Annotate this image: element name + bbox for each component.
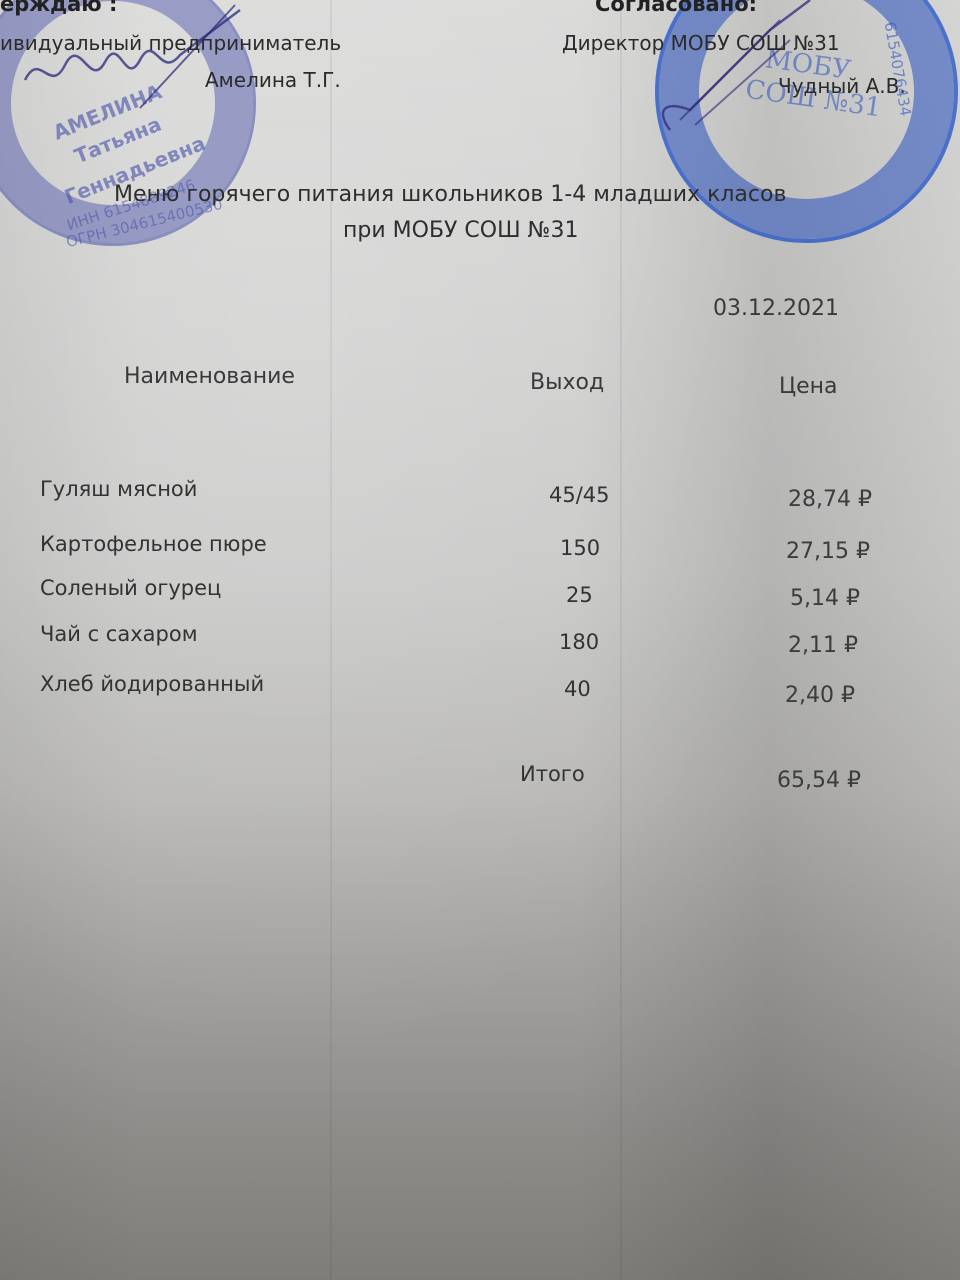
approver-position: ивидуальный предприниматель <box>0 31 341 55</box>
item-name: Хлеб йодированный <box>40 672 264 696</box>
item-price: 2,11 ₽ <box>788 633 858 658</box>
item-price: 5,14 ₽ <box>790 586 860 611</box>
document-subtitle: при МОБУ СОШ №31 <box>343 218 579 243</box>
agreed-position: Директор МОБУ СОШ №31 <box>562 31 840 55</box>
approver-name: Амелина Т.Г. <box>205 68 341 92</box>
signature-left <box>20 0 250 110</box>
item-output: 45/45 <box>549 483 610 507</box>
item-output: 180 <box>559 630 599 654</box>
total-value: 65,54 ₽ <box>777 768 861 793</box>
column-header-price: Цена <box>779 374 837 399</box>
item-price: 28,74 ₽ <box>788 487 872 512</box>
item-name: Картофельное пюре <box>40 532 267 556</box>
signature-right <box>650 0 850 140</box>
agreed-name: Чудный А.В. <box>778 74 906 98</box>
total-label: Итого <box>520 762 585 786</box>
item-price: 2,40 ₽ <box>785 683 855 708</box>
agreed-heading: Согласовано: <box>595 0 757 16</box>
item-name: Гуляш мясной <box>40 477 197 501</box>
approval-heading: ерждаю : <box>0 0 117 16</box>
document-title: Меню горячего питания школьников 1-4 мла… <box>114 182 786 207</box>
column-header-name: Наименование <box>124 364 295 389</box>
item-name: Соленый огурец <box>40 576 221 600</box>
item-price: 27,15 ₽ <box>786 539 870 564</box>
column-header-output: Выход <box>530 370 604 395</box>
stamp-numbers: 6154076434 <box>881 20 915 117</box>
item-output: 25 <box>566 583 593 607</box>
item-name: Чай с сахаром <box>40 622 198 646</box>
item-output: 150 <box>560 536 600 560</box>
item-output: 40 <box>564 677 591 701</box>
document-date: 03.12.2021 <box>713 296 839 321</box>
